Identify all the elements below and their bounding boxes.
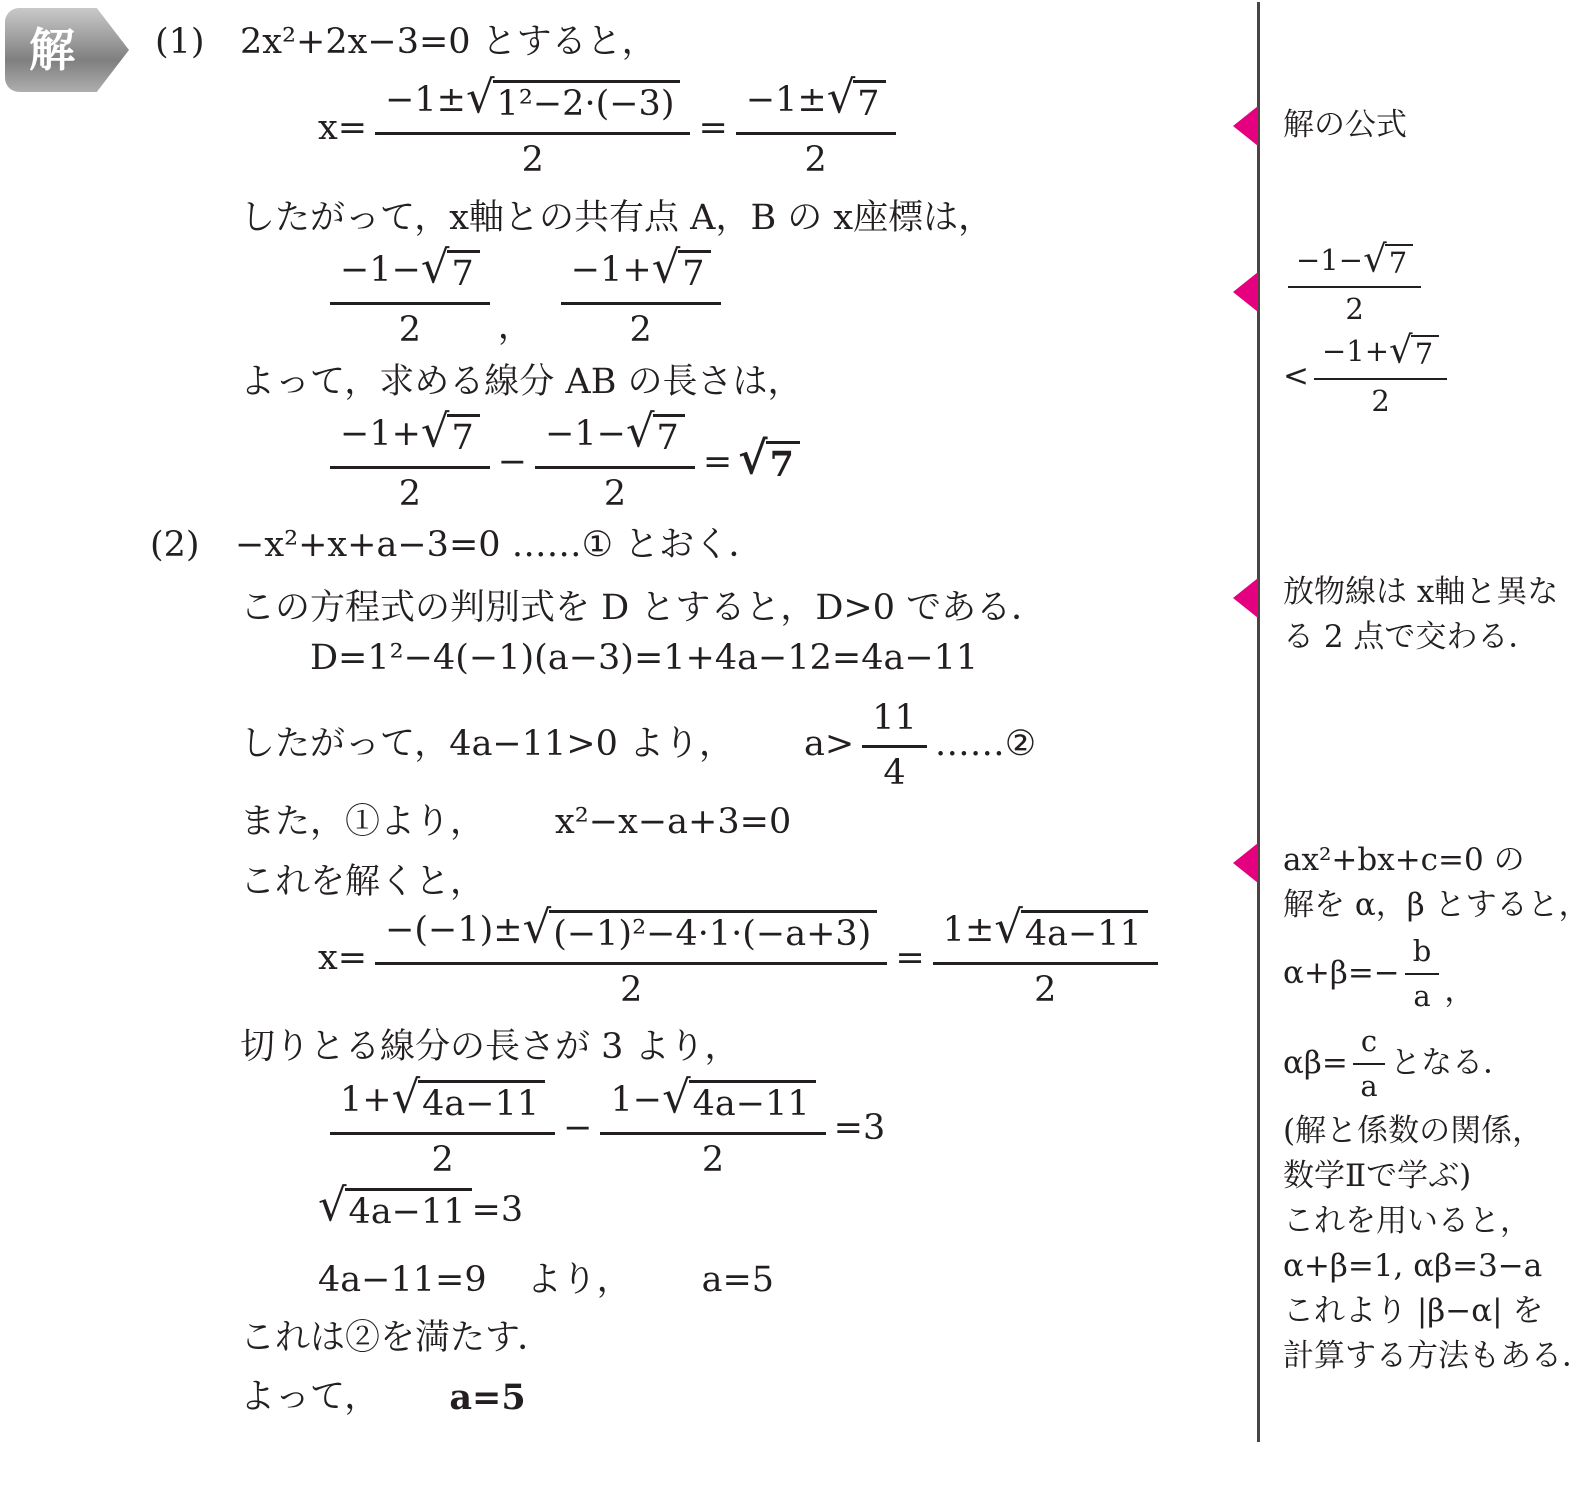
numerator: 11 bbox=[862, 696, 927, 748]
radical: √7 bbox=[421, 250, 480, 295]
radicand: 7 bbox=[766, 441, 800, 485]
equals-sign: = bbox=[698, 106, 727, 152]
denominator: 2 bbox=[604, 469, 626, 514]
numerator: 1±√4a−11 bbox=[933, 908, 1158, 965]
radical-sign-icon: √ bbox=[1363, 240, 1387, 277]
radicand: 4a−11 bbox=[345, 1188, 472, 1232]
fraction: −1−√7 2 bbox=[1288, 243, 1421, 326]
radical-sign-icon: √ bbox=[626, 410, 655, 455]
part2-solve-line: これを解くと， bbox=[240, 860, 485, 906]
equals-rhs: =3 bbox=[834, 1106, 886, 1152]
margin-note4-line9: これより |β−α| を bbox=[1283, 1289, 1583, 1334]
margin-note4-line5: (解と係数の関係， bbox=[1283, 1109, 1583, 1154]
radical-sign-icon: √ bbox=[1389, 332, 1413, 369]
radical-prefix: −1+ bbox=[571, 250, 652, 290]
denominator: a bbox=[1360, 1065, 1377, 1103]
part2-intro-line: (2) −x²+x+a−3=0 ……① とおく． bbox=[150, 523, 763, 569]
radical: √7 bbox=[652, 250, 711, 295]
radical-prefix: 1+ bbox=[340, 1080, 392, 1120]
part2-check-text: これは②を満たす． bbox=[240, 1316, 552, 1362]
radical-sign-icon: √ bbox=[466, 76, 495, 121]
equation-lhs: x= bbox=[318, 106, 367, 152]
equation-mid: より， bbox=[527, 1258, 632, 1304]
part2-discriminant-line: この方程式の判別式を D とすると，D>0 である． bbox=[240, 586, 1046, 632]
fraction: 1±√4a−11 2 bbox=[933, 908, 1158, 1010]
part1-intro-text: 2x²+2x−3=0 とすると， bbox=[240, 20, 657, 66]
radicand: 7 bbox=[678, 250, 710, 294]
radical: √7 bbox=[827, 80, 886, 125]
equals-sign: = bbox=[703, 440, 732, 486]
numerator: −1+√7 bbox=[1314, 334, 1447, 379]
radicand: (−1)²−4·1·(−a+3) bbox=[549, 910, 877, 954]
margin-note4-sum-row: α+β=− b a ， bbox=[1283, 934, 1583, 1014]
radical-sign-icon: √ bbox=[421, 410, 450, 455]
part2-discriminant-text: この方程式の判別式を D とすると，D>0 である． bbox=[240, 586, 1046, 632]
denominator: 2 bbox=[431, 1135, 453, 1180]
part2-check-line: これは②を満たす． bbox=[240, 1316, 552, 1362]
prod-lhs: αβ= bbox=[1283, 1041, 1348, 1086]
radical: √7 bbox=[738, 441, 800, 486]
radical-sign-icon: √ bbox=[652, 246, 681, 291]
part2-conclusion-text: よって， bbox=[240, 1375, 379, 1421]
part2-number: (2) bbox=[150, 523, 235, 569]
part1-roots-equation: x= −1±√1²−2·(−3) 2 = −1±√7 2 bbox=[318, 78, 904, 180]
radical-prefix: −(−1)± bbox=[385, 910, 523, 950]
part1-length-equation: −1+√7 2 − −1−√7 2 = √7 bbox=[322, 412, 800, 514]
denominator: 4 bbox=[883, 748, 905, 793]
radical: √(−1)²−4·1·(−a+3) bbox=[523, 910, 878, 955]
part1-intro-line: (1) 2x²+2x−3=0 とすると， bbox=[155, 20, 657, 66]
part1-points-text: したがって，x軸との共有点 A，B の x座標は， bbox=[240, 196, 993, 242]
margin-note2-row1: −1−√7 2 bbox=[1283, 243, 1583, 326]
radical: √4a−11 bbox=[994, 910, 1148, 955]
denominator: 2 bbox=[702, 1135, 724, 1180]
part1-coordinates: −1−√7 2 ， −1+√7 2 bbox=[322, 248, 729, 350]
comma: ， bbox=[498, 305, 533, 351]
radicand: 7 bbox=[447, 414, 479, 458]
radical-prefix: −1− bbox=[340, 250, 421, 290]
numerator: −1−√7 bbox=[330, 248, 490, 305]
radical-prefix: −1± bbox=[385, 80, 466, 120]
fraction: −1−√7 2 bbox=[330, 248, 490, 350]
part2-therefore-text: したがって，4a−11>0 より， bbox=[240, 722, 734, 768]
part2-also-line: また，①より， x²−x−a+3=0 bbox=[240, 800, 791, 846]
numerator: −1−√7 bbox=[1288, 243, 1421, 288]
fraction: −1±√1²−2·(−3) 2 bbox=[375, 78, 690, 180]
equation-tag: ……② bbox=[935, 722, 1036, 768]
part2-intro-text: −x²+x+a−3=0 ……① とおく． bbox=[235, 523, 763, 569]
radical-prefix: −1+ bbox=[340, 414, 421, 454]
fraction: 1+√4a−11 2 bbox=[330, 1078, 555, 1180]
denominator: 2 bbox=[522, 135, 544, 180]
part2-solve-text: これを解くと， bbox=[240, 860, 485, 906]
solution-badge: 解 bbox=[5, 8, 129, 92]
radical: √4a−11 bbox=[392, 1080, 546, 1125]
radical-prefix: −1+ bbox=[1322, 335, 1389, 368]
radical-sign-icon: √ bbox=[421, 246, 450, 291]
radicand: 1²−2·(−3) bbox=[493, 80, 681, 124]
radical-prefix: −1± bbox=[746, 80, 827, 120]
denominator: 2 bbox=[620, 965, 642, 1010]
part2-also-text: また，①より， bbox=[240, 800, 485, 846]
margin-note-root-order: −1−√7 2 < −1+√7 2 bbox=[1283, 243, 1583, 418]
fraction: b a bbox=[1405, 934, 1440, 1014]
textbook-solution-page: { "badge": { "label": "解" }, "colors": {… bbox=[0, 0, 1590, 1495]
radical-sign-icon: √ bbox=[738, 436, 767, 481]
radicand: 7 bbox=[447, 250, 479, 294]
radical: √1²−2·(−3) bbox=[466, 80, 680, 125]
less-than-sign: < bbox=[1283, 354, 1309, 399]
fraction: −1+√7 2 bbox=[330, 412, 490, 514]
denominator: 2 bbox=[1371, 380, 1389, 418]
radical: √4a−11 bbox=[662, 1080, 816, 1125]
margin-arrow-icon bbox=[1233, 843, 1258, 883]
margin-note4-line10: 計算する方法もある． bbox=[1283, 1334, 1583, 1379]
radical-prefix: −1− bbox=[1296, 244, 1363, 277]
margin-note4-line8: α+β=1, αβ=3−a bbox=[1283, 1244, 1583, 1289]
fraction: −1+√7 2 bbox=[1314, 334, 1447, 417]
margin-note3-line1: 放物線は x軸と異な bbox=[1283, 570, 1583, 615]
numerator: c bbox=[1353, 1024, 1385, 1065]
radical: √7 bbox=[421, 414, 480, 459]
denominator: a bbox=[1413, 975, 1430, 1013]
minus-sign: − bbox=[498, 440, 527, 486]
part2-cut-text: 切りとる線分の長さが 3 より， bbox=[240, 1025, 740, 1071]
fraction: −(−1)±√(−1)²−4·1·(−a+3) 2 bbox=[375, 908, 887, 1010]
margin-note2-row2: < −1+√7 2 bbox=[1283, 334, 1583, 417]
fraction: −1+√7 2 bbox=[561, 248, 721, 350]
radicand: 4a−11 bbox=[418, 1080, 545, 1124]
part2-sqrt-equation: √4a−11 =3 bbox=[318, 1188, 523, 1234]
margin-arrow-icon bbox=[1233, 272, 1258, 312]
margin-note1-text: 解の公式 bbox=[1283, 103, 1583, 148]
fraction: −1±√7 2 bbox=[736, 78, 896, 180]
part2-discriminant-equation: D=1²−4(−1)(a−3)=1+4a−12=4a−11 bbox=[310, 636, 978, 682]
margin-note4-line6: 数学Ⅱで学ぶ) bbox=[1283, 1154, 1583, 1199]
numerator: −1±√1²−2·(−3) bbox=[375, 78, 690, 135]
part2-cut-equation: 1+√4a−11 2 − 1−√4a−11 2 =3 bbox=[322, 1078, 885, 1180]
denominator: 2 bbox=[1345, 288, 1363, 326]
part1-length-text: よって，求める線分 AB の長さは， bbox=[240, 360, 803, 406]
numerator: −1−√7 bbox=[535, 412, 695, 469]
quadratic-rearranged: x²−x−a+3=0 bbox=[555, 800, 791, 846]
margin-note4-line1: ax²+bx+c=0 の bbox=[1283, 838, 1583, 883]
radicand: 7 bbox=[653, 414, 685, 458]
prod-tail: となる． bbox=[1390, 1041, 1514, 1086]
part2-solution-equation: x= −(−1)±√(−1)²−4·1·(−a+3) 2 = 1±√4a−11 … bbox=[318, 908, 1166, 1010]
radicand: 7 bbox=[1411, 335, 1439, 371]
part2-inequality-line: したがって，4a−11>0 より， a> 11 4 ……② bbox=[240, 696, 1036, 794]
equation-left: 4a−11=9 bbox=[318, 1258, 487, 1304]
equation-lhs: x= bbox=[318, 936, 367, 982]
fraction: 1−√4a−11 2 bbox=[600, 1078, 825, 1180]
margin-arrow-icon bbox=[1233, 106, 1258, 146]
denominator: 2 bbox=[630, 305, 652, 350]
part1-number: (1) bbox=[155, 20, 240, 66]
margin-note4-line2: 解を α，β とすると， bbox=[1283, 883, 1583, 928]
numerator: −1+√7 bbox=[561, 248, 721, 305]
fraction: −1−√7 2 bbox=[535, 412, 695, 514]
margin-note4-prod-row: αβ= c a となる． bbox=[1283, 1024, 1583, 1104]
radical: √7 bbox=[626, 414, 685, 459]
radicand: 4a−11 bbox=[689, 1080, 816, 1124]
radical-prefix: −1− bbox=[545, 414, 626, 454]
radicand: 7 bbox=[1385, 244, 1413, 280]
numerator: b bbox=[1405, 934, 1440, 975]
numerator: −(−1)±√(−1)²−4·1·(−a+3) bbox=[375, 908, 887, 965]
radical-sign-icon: √ bbox=[994, 906, 1023, 951]
margin-note3-line2: る 2 点で交わる． bbox=[1283, 615, 1583, 660]
minus-sign: − bbox=[563, 1106, 592, 1152]
radical: √7 bbox=[1389, 335, 1439, 372]
solution-badge-label: 解 bbox=[29, 27, 105, 73]
margin-divider-line bbox=[1257, 2, 1260, 1442]
numerator: 1−√4a−11 bbox=[600, 1078, 825, 1135]
radical-sign-icon: √ bbox=[318, 1184, 347, 1229]
radical-sign-icon: √ bbox=[523, 906, 552, 951]
radical-sign-icon: √ bbox=[827, 76, 856, 121]
radical-sign-icon: √ bbox=[662, 1076, 691, 1121]
final-answer: a=5 bbox=[449, 1375, 525, 1421]
radical: √7 bbox=[1363, 244, 1413, 281]
margin-note-formula: 解の公式 bbox=[1283, 103, 1583, 148]
equals-sign: = bbox=[895, 936, 924, 982]
denominator: 2 bbox=[399, 305, 421, 350]
fraction: c a bbox=[1353, 1024, 1385, 1104]
radical-prefix: 1− bbox=[610, 1080, 662, 1120]
denominator: 2 bbox=[1034, 965, 1056, 1010]
radicand: 7 bbox=[853, 80, 885, 124]
margin-note4-line7: これを用いると， bbox=[1283, 1199, 1583, 1244]
numerator: −1±√7 bbox=[736, 78, 896, 135]
radicand: 4a−11 bbox=[1021, 910, 1148, 954]
fraction: 11 4 bbox=[862, 696, 927, 794]
denominator: 2 bbox=[399, 469, 421, 514]
sum-lhs: α+β=− bbox=[1283, 951, 1400, 996]
part2-cut-line: 切りとる線分の長さが 3 より， bbox=[240, 1025, 740, 1071]
margin-note-parabola: 放物線は x軸と異な る 2 点で交わる． bbox=[1283, 570, 1583, 660]
numerator: 1+√4a−11 bbox=[330, 1078, 555, 1135]
radical-prefix: 1± bbox=[943, 910, 995, 950]
discriminant-formula: D=1²−4(−1)(a−3)=1+4a−12=4a−11 bbox=[310, 636, 978, 682]
part2-a-equation: 4a−11=9 より， a=5 bbox=[318, 1258, 774, 1304]
inequality-lhs: a> bbox=[804, 722, 854, 768]
comma: ， bbox=[1444, 969, 1475, 1014]
margin-arrow-icon bbox=[1233, 578, 1258, 618]
radical: √4a−11 bbox=[318, 1188, 472, 1233]
equals-rhs: =3 bbox=[472, 1188, 524, 1234]
part1-length-line: よって，求める線分 AB の長さは， bbox=[240, 360, 803, 406]
part1-points-line: したがって，x軸との共有点 A，B の x座標は， bbox=[240, 196, 993, 242]
part2-conclusion-line: よって， a=5 bbox=[240, 1375, 526, 1421]
radical-sign-icon: √ bbox=[392, 1076, 421, 1121]
denominator: 2 bbox=[805, 135, 827, 180]
numerator: −1+√7 bbox=[330, 412, 490, 469]
margin-note-vieta: ax²+bx+c=0 の 解を α，β とすると， α+β=− b a ， αβ… bbox=[1283, 838, 1583, 1379]
equation-right: a=5 bbox=[702, 1258, 774, 1304]
